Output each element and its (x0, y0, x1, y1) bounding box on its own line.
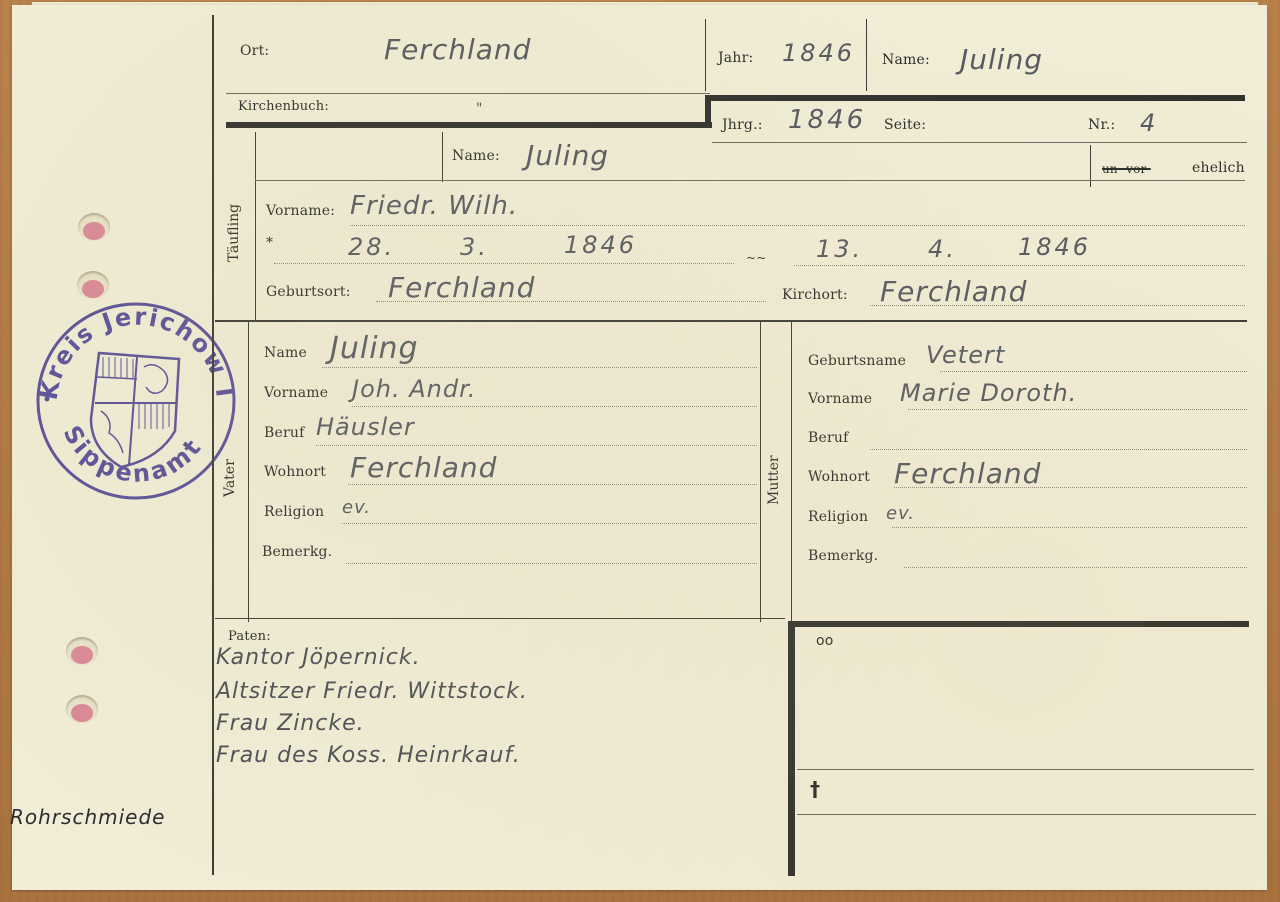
vater-label: Name (264, 345, 307, 361)
kirchort-value: Ferchland (880, 275, 1027, 308)
thick-rule (705, 95, 1245, 101)
baptism-symbol: ~~ (746, 251, 767, 265)
dotted-line (940, 371, 1247, 372)
legitimacy-label: ehelich (1192, 160, 1245, 176)
taeufling-name-label: Name: (452, 148, 500, 164)
vater-label: Wohnort (264, 464, 326, 480)
mutter-label: Vorname (808, 391, 872, 407)
divider (866, 19, 867, 91)
divider (442, 132, 443, 182)
dotted-line (870, 305, 1245, 306)
divider (791, 322, 792, 622)
dotted-line (348, 484, 757, 485)
birth-day: 28. (348, 233, 395, 261)
svg-text:Sippenamt: Sippenamt (58, 421, 209, 488)
mutter-value: ev. (886, 503, 915, 524)
seite-label: Seite: (884, 117, 926, 133)
paten-label: Paten: (228, 629, 271, 644)
kirchort-label: Kirchort: (782, 287, 848, 303)
punch-hole (66, 637, 98, 665)
ort-value: Ferchland (384, 33, 531, 66)
thick-rule (226, 122, 712, 128)
divider (255, 180, 1245, 181)
ort-label: Ort: (240, 43, 269, 59)
geburtsort-label: Geburtsort: (266, 284, 351, 300)
taeufling-section-label: Täufling (226, 204, 242, 262)
divider (797, 814, 1256, 815)
mutter-label: Beruf (808, 430, 848, 446)
pate-entry: Frau Zincke. (216, 711, 365, 736)
genealogy-record-card: Kreis Jerichow II Sippenamt Rohrs (12, 5, 1267, 890)
divider (255, 132, 256, 322)
marriage-icon: oo (816, 633, 834, 649)
header-name-value: Juling (960, 43, 1043, 76)
section-divider (215, 320, 1247, 322)
vater-value: Juling (330, 331, 419, 366)
mutter-label: Geburtsname (808, 353, 906, 369)
dotted-line (342, 523, 757, 524)
kirchenbuch-label: Kirchenbuch: (238, 99, 329, 114)
dotted-line (352, 406, 757, 407)
thick-rule (788, 621, 795, 876)
vater-label: Beruf (264, 425, 304, 441)
pate-entry: Altsitzer Friedr. Wittstock. (216, 679, 528, 704)
jahr-label: Jahr: (718, 50, 753, 66)
vater-value: ev. (342, 497, 371, 518)
dotted-line (350, 225, 1245, 226)
jhrg-label: Jhrg.: (722, 117, 763, 133)
divider (705, 19, 706, 91)
birth-year: 1846 (564, 231, 637, 259)
coat-of-arms-stamp-icon: Kreis Jerichow II Sippenamt (29, 299, 239, 504)
mutter-label: Wohnort (808, 469, 870, 485)
baptism-month: 4. (928, 235, 957, 263)
vater-value: Häusler (316, 413, 415, 441)
form-left-border (212, 15, 214, 875)
header-name-label: Name: (882, 52, 930, 68)
geburtsort-value: Ferchland (388, 271, 535, 304)
mutter-value: Vetert (926, 341, 1005, 369)
sippenamt-stamp: Kreis Jerichow II Sippenamt (29, 299, 239, 504)
dotted-line (904, 567, 1247, 568)
dotted-line (316, 445, 757, 446)
vater-section-label: Vater (222, 459, 238, 497)
divider (712, 142, 1247, 143)
taeufling-vorname-label: Vorname: (266, 203, 335, 219)
nr-value: 4 (1140, 109, 1158, 137)
vater-label: Vorname (264, 385, 328, 401)
baptism-day: 13. (816, 235, 863, 263)
section-divider (215, 618, 785, 619)
birth-month: 3. (460, 233, 489, 261)
taeufling-name-value: Juling (526, 139, 609, 172)
dotted-line (908, 409, 1247, 410)
pate-entry: Kantor Jöpernick. (216, 645, 421, 670)
dotted-line (322, 367, 757, 368)
legitimacy-struck-text: un- vor- (1102, 162, 1151, 176)
dotted-line (274, 263, 734, 264)
punch-hole (66, 695, 98, 723)
vater-value: Joh. Andr. (352, 375, 476, 403)
dotted-line (870, 449, 1247, 450)
mutter-label: Religion (808, 509, 868, 525)
mutter-value: Ferchland (894, 457, 1041, 490)
pate-entry: Frau des Koss. Heinrkauf. (216, 743, 521, 768)
taeufling-vorname-value: Friedr. Wilh. (350, 191, 518, 221)
baptism-year: 1846 (1018, 233, 1091, 261)
punch-hole (78, 213, 110, 241)
birth-symbol: * (266, 235, 273, 251)
dotted-line (892, 527, 1247, 528)
divider (248, 322, 249, 622)
margin-note: Rohrschmiede (10, 805, 165, 829)
divider (760, 322, 761, 622)
vater-label: Bemerkg. (262, 544, 332, 560)
nr-label: Nr.: (1088, 117, 1115, 133)
dotted-line (894, 487, 1247, 488)
thick-rule (790, 621, 1249, 627)
dotted-line (346, 563, 757, 564)
jhrg-value: 1846 (788, 105, 866, 135)
vater-value: Ferchland (350, 451, 497, 484)
divider (797, 769, 1254, 770)
death-cross-icon: † (810, 777, 820, 801)
punch-hole (77, 271, 109, 299)
kirchenbuch-value: " (476, 101, 483, 117)
vater-label: Religion (264, 504, 324, 520)
mutter-label: Bemerkg. (808, 548, 878, 564)
jahr-value: 1846 (782, 39, 855, 67)
mutter-value: Marie Doroth. (900, 379, 1077, 407)
dotted-line (376, 301, 766, 302)
divider (226, 93, 710, 94)
mutter-section-label: Mutter (766, 455, 782, 505)
dotted-line (794, 265, 1245, 266)
